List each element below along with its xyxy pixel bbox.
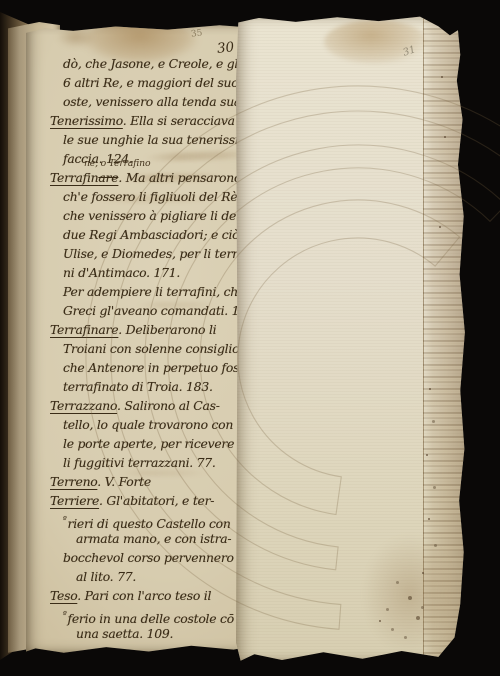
manuscript-line: terrafinato di Troia. 183. <box>50 377 258 396</box>
manuscript-line: Terrafinarene, o Terrafino. Ma altri pen… <box>50 168 258 187</box>
manuscript-line: dò, che Jasone, e Creole, e gl'i <box>50 54 258 73</box>
manuscript-line: una saetta. 109. <box>50 624 258 643</box>
ink-speck <box>379 620 381 622</box>
ink-speck <box>408 596 412 600</box>
facing-page: 31 <box>236 16 466 662</box>
ink-speck <box>404 636 407 639</box>
manuscript-line: ºrieri di questo Castello con <box>50 510 258 529</box>
manuscript-line: che venissero à pigliare li detti <box>50 206 258 225</box>
manuscript-line: Ulise, e Diomedes, per li terrafi- <box>50 244 258 263</box>
manuscript-line: armata mano, e con istra- <box>50 529 258 548</box>
manuscript-line: oste, venissero alla tenda sua. <box>50 92 258 111</box>
manuscript-line: Per adempiere li terrafini, ch'e <box>50 282 258 301</box>
ink-speck <box>416 616 420 620</box>
manuscript-line: faccia. 124. <box>50 149 258 168</box>
manuscript-line: tello, lo quale trovarono con <box>50 415 258 434</box>
folio-number-pencil: 35 <box>190 28 203 39</box>
manuscript-line: che Antenore in perpetuo fosse <box>50 358 258 377</box>
ink-speck <box>396 581 399 584</box>
ink-speck <box>426 454 428 456</box>
paper-stain <box>324 20 428 64</box>
manuscript-line: le sue unghie la sua tenerissima <box>50 130 258 149</box>
ink-speck <box>429 388 431 390</box>
worn-corner <box>362 534 458 654</box>
manuscript-line: due Regi Ambasciadori; e ciò era <box>50 225 258 244</box>
ink-speck <box>422 572 424 574</box>
manuscript-line: ch'e fossero li figliuoli del Rè, <box>50 187 258 206</box>
manuscript-text: dò, che Jasone, e Creole, e gl'i6 altri … <box>50 54 258 643</box>
manuscript-line: Terreno. V. Forte <box>50 472 258 491</box>
ink-speck <box>428 518 430 520</box>
manuscript-line: Troiani con solenne consiglio, <box>50 339 258 358</box>
manuscript-line: al lito. 77. <box>50 567 258 586</box>
ink-speck <box>421 606 424 609</box>
ink-speck <box>432 420 435 423</box>
ink-speck <box>434 544 437 547</box>
manuscript-line: Terrafinare. Deliberarono li <box>50 320 258 339</box>
manuscript-line: Tenerissimo. Ella si seracciava cō <box>50 111 258 130</box>
manuscript-line: 6 altri Re, e maggiori del suo <box>50 73 258 92</box>
photo-frame: roue lonati-, eqs.a-em.er-35.lorasseVo-e… <box>0 0 500 676</box>
ink-speck <box>444 136 446 138</box>
manuscript-line: Greci gl'aveano comandati. 190 <box>50 301 258 320</box>
manuscript-line: Terrazzano. Salirono al Cas- <box>50 396 258 415</box>
manuscript-line: li fuggitivi terrazzani. 77. <box>50 453 258 472</box>
ink-speck <box>439 226 441 228</box>
ink-speck <box>433 486 436 489</box>
manuscript-line: Teso. Pari con l'arco teso il <box>50 586 258 605</box>
manuscript-line: ºferio in una delle costole cō <box>50 605 258 624</box>
manuscript-line: le porte aperte, per ricevere <box>50 434 258 453</box>
ink-speck <box>441 76 443 78</box>
paper-stain <box>56 26 96 48</box>
ink-speck <box>391 628 394 631</box>
manuscript-line: bocchevol corso pervennero <box>50 548 258 567</box>
manuscript-line: Terriere. Gl'abitatori, e ter- <box>50 491 258 510</box>
manuscript-line: ni d'Antimaco. 171. <box>50 263 258 282</box>
ink-speck <box>386 608 389 611</box>
manuscript-page: 35 30 dò, che Jasone, e Creole, e gl'i6 … <box>26 24 262 654</box>
